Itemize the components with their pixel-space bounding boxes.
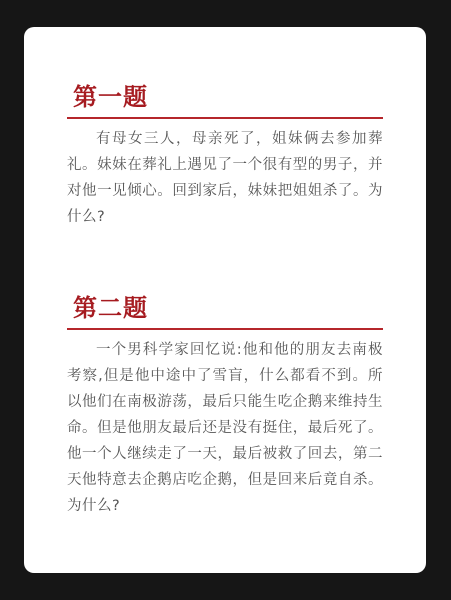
question-body-1: 有母女三人，母亲死了，姐妹俩去参加葬礼。妹妹在葬礼上遇见了一个很有型的男子，并对… — [67, 126, 383, 230]
title-divider — [67, 117, 383, 119]
question-body-2: 一个男科学家回忆说:他和他的朋友去南极考察,但是他中途中了雪盲，什么都看不到。所… — [67, 337, 383, 519]
question-title-1: 第一题 — [73, 81, 383, 115]
content-card: 第一题 有母女三人，母亲死了，姐妹俩去参加葬礼。妹妹在葬礼上遇见了一个很有型的男… — [24, 27, 426, 573]
question-title-2: 第二题 — [73, 292, 383, 326]
question-section-2: 第二题 一个男科学家回忆说:他和他的朋友去南极考察,但是他中途中了雪盲，什么都看… — [67, 292, 383, 519]
question-section-1: 第一题 有母女三人，母亲死了，姐妹俩去参加葬礼。妹妹在葬礼上遇见了一个很有型的男… — [67, 81, 383, 230]
title-divider — [67, 328, 383, 330]
